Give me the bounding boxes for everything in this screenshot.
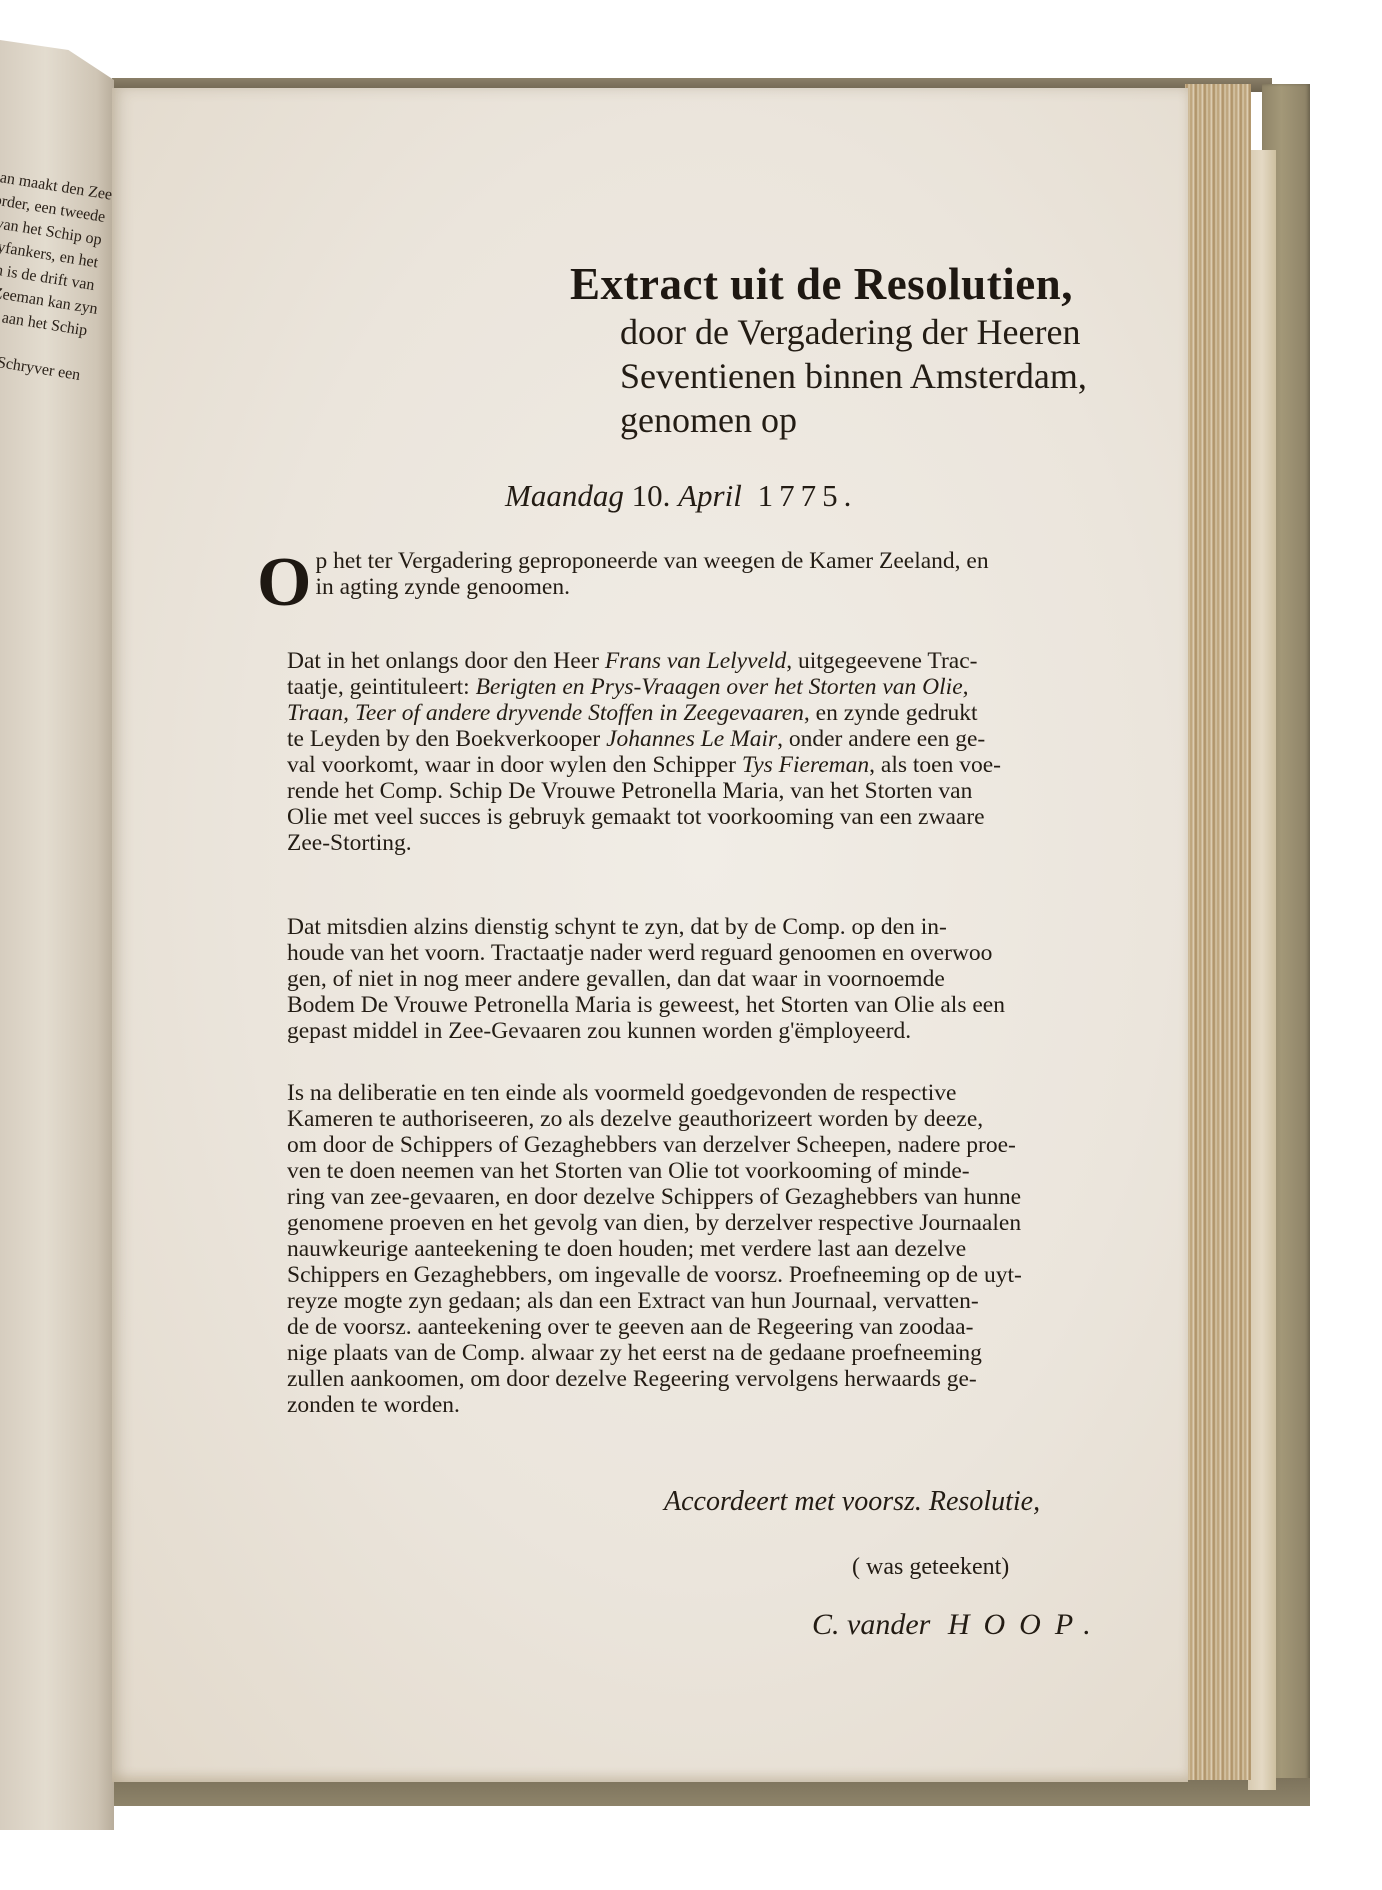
title-block: Extract uit de Resolutien, door de Verga… [570, 258, 1170, 442]
paragraph-3: Dat mitsdien alzins dienstig schynt te z… [257, 914, 1157, 1044]
paragraph-4: Is na deliberatie en ten einde als voorm… [257, 1080, 1157, 1418]
paragraph-2: Dat in het onlangs door den Heer Frans v… [257, 648, 1157, 856]
page-stack-edges [1185, 84, 1251, 1780]
book-photo: dan maakt den Zee- order, een tweede van… [0, 0, 1382, 1890]
endpaper-flyleaf [1248, 150, 1276, 1790]
was-geteekent: ( was geteekent) [852, 1554, 1009, 1581]
right-page: Extract uit de Resolutien, door de Verga… [112, 88, 1188, 1782]
paragraph-1: O p het ter Vergadering geproponeerde va… [257, 548, 1157, 612]
binding-bottom-edge [112, 1778, 1310, 1806]
left-page: dan maakt den Zee- order, een tweede van… [0, 40, 114, 1830]
signature: C. vander HOOP. [812, 1608, 1105, 1642]
date-line: Maandag 10. April 1775. [505, 478, 857, 514]
accordeert-line: Accordeert met voorsz. Resolutie, [664, 1486, 1040, 1518]
drop-cap: O [257, 554, 311, 612]
left-page-text: dan maakt den Zee- order, een tweede van… [0, 165, 111, 387]
page-title: Extract uit de Resolutien, [570, 258, 1170, 310]
title-subtitle: door de Vergadering der Heeren Seventien… [620, 310, 1170, 442]
